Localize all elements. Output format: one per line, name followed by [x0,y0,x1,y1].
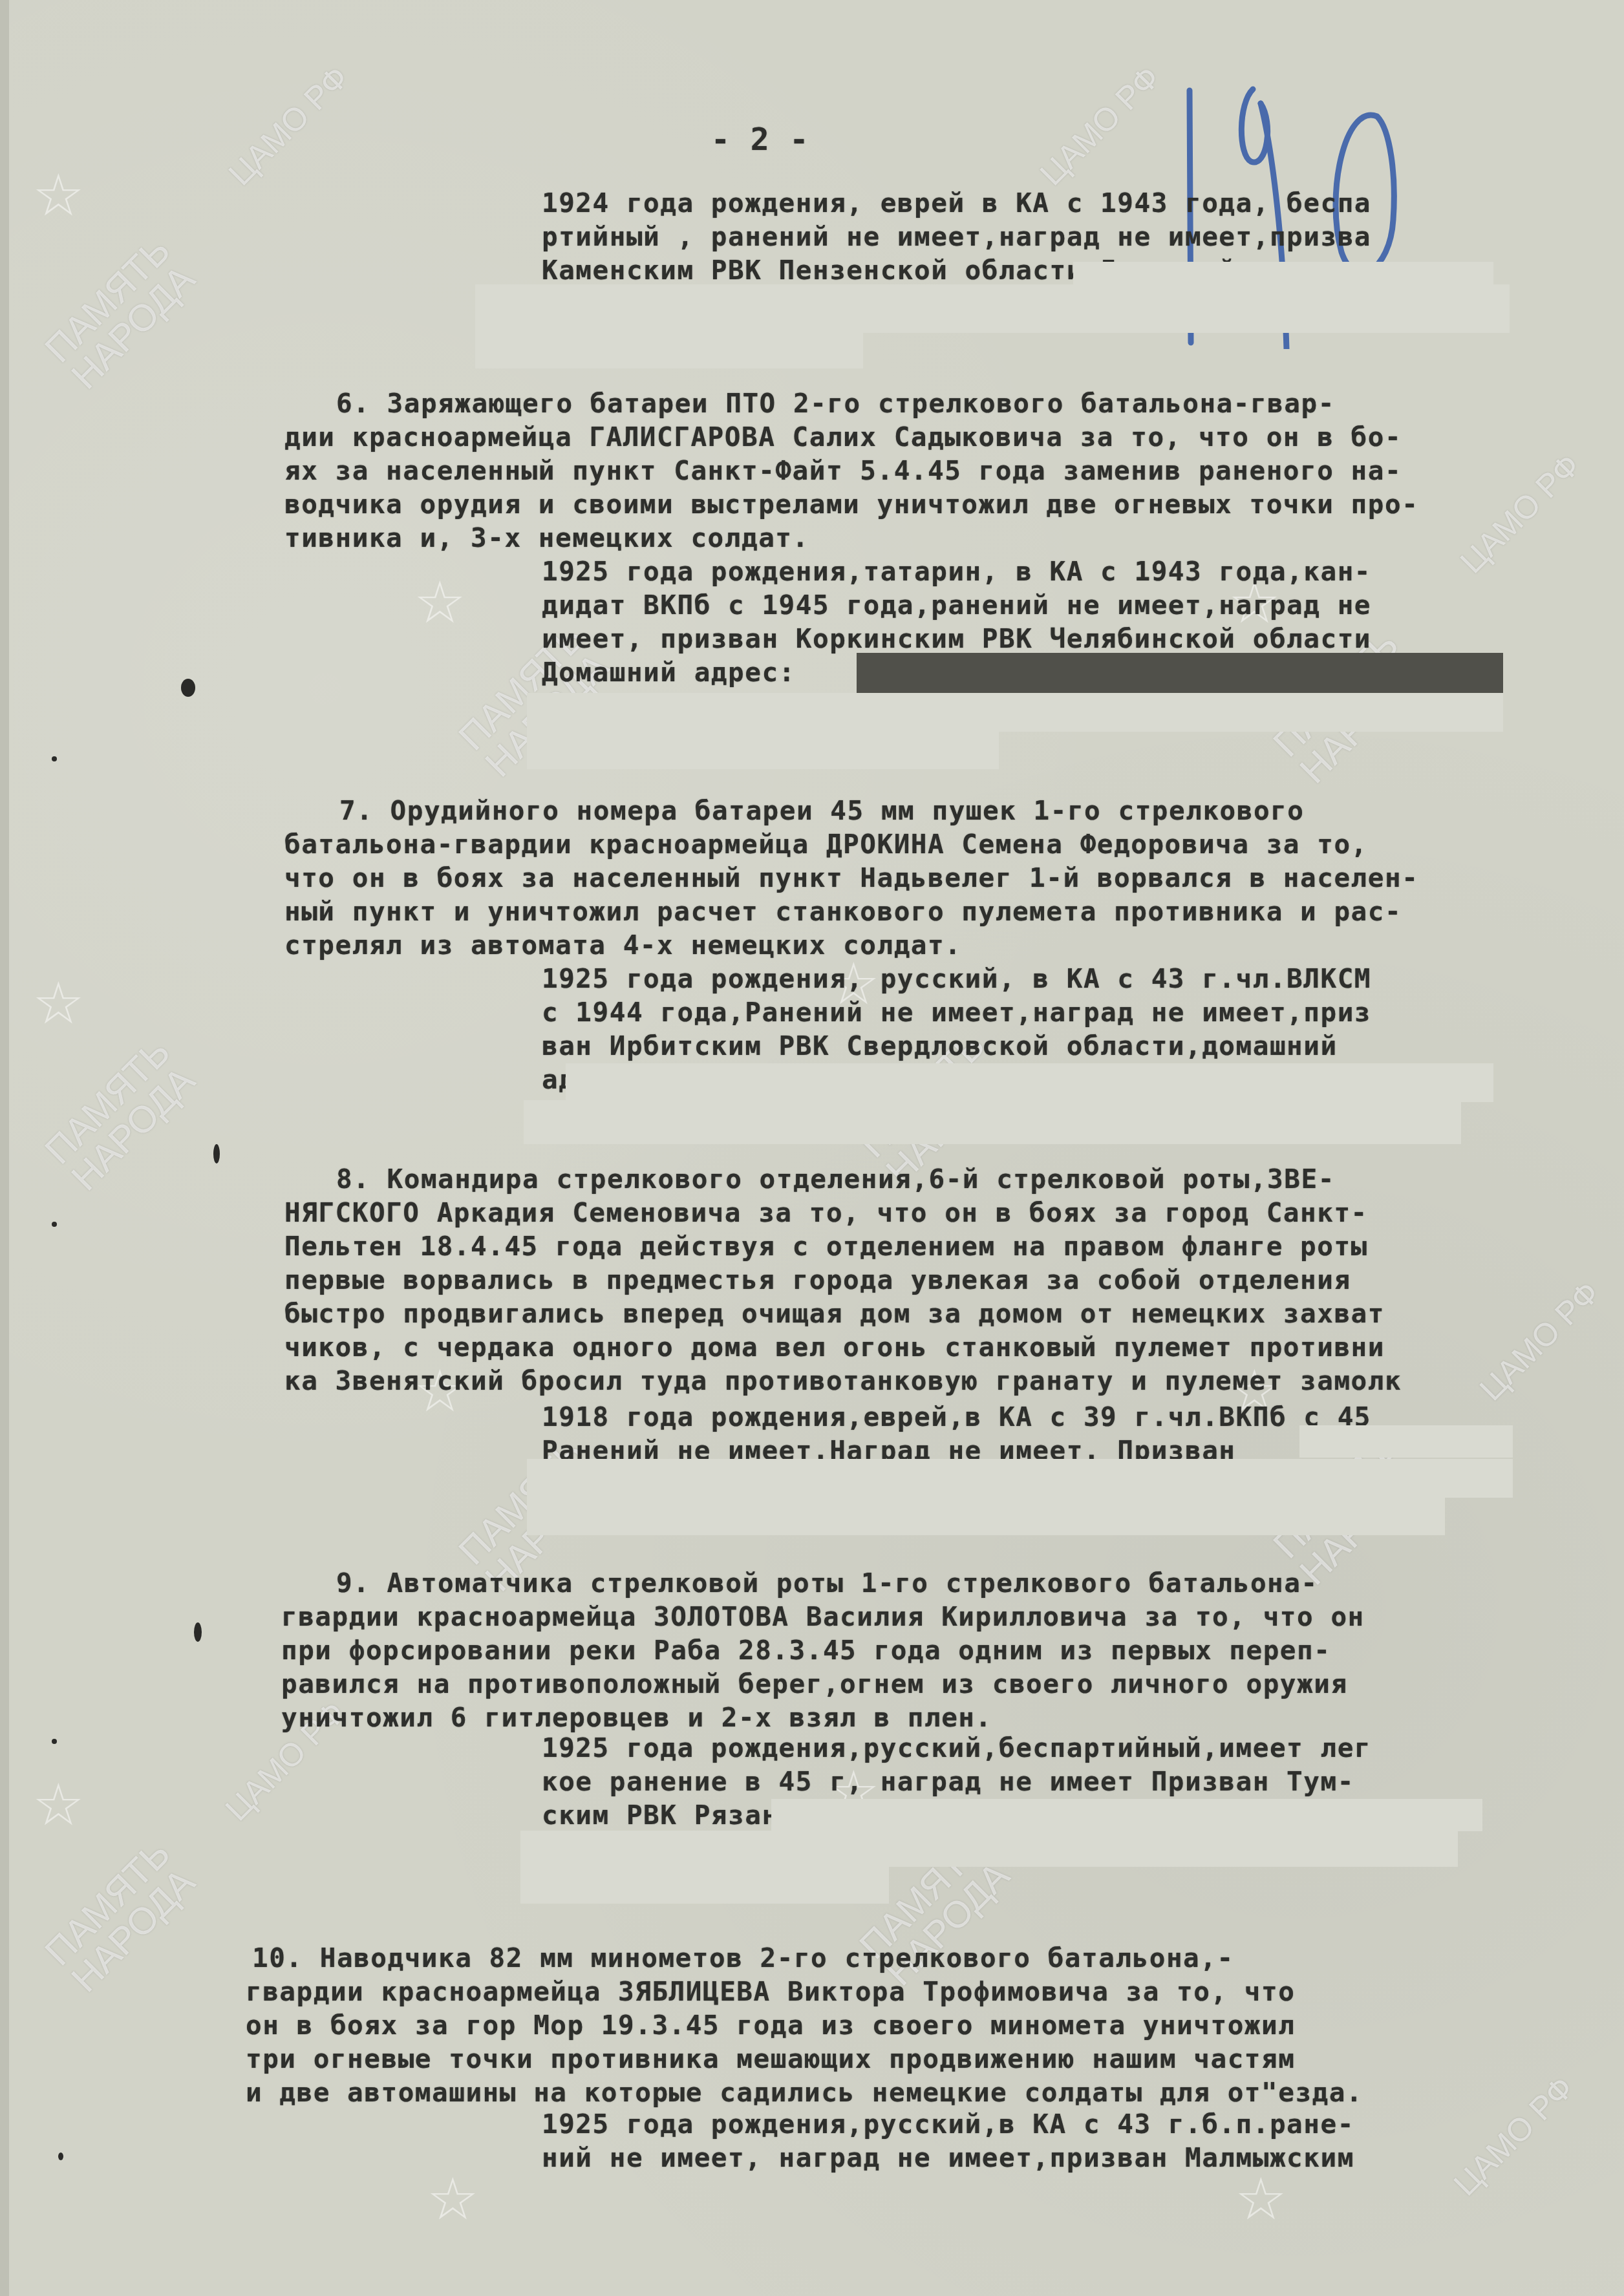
redacted-address [1299,1425,1513,1458]
paper-blemish [52,1222,57,1227]
text-line: стрелял из автомата 4-х немецких солдат. [284,930,961,961]
watermark-archive: ЦАМО РФ [1474,1275,1605,1406]
text-line: водчика орудия и своими выстрелами уничт… [284,489,1418,520]
page-edge [0,0,9,2296]
entry-heading-line: 8. Командира стрелкового отделения,6-й с… [336,1164,1335,1195]
text-line: ях за населенный пункт Санкт-Файт 5.4.45… [284,455,1402,486]
text-line: 1925 года рождения, русский, в КА с 43 г… [542,963,1371,994]
watermark-project: ПАМЯТЬ НАРОДА [39,1032,204,1197]
text-line: гвардии красноармейца ЗОЛОТОВА Василия К… [281,1601,1365,1632]
entry-heading-line: 7. Орудийного номера батареи 45 мм пушек… [339,795,1305,826]
star-icon: ☆ [32,1771,85,1839]
text-line: 1925 года рождения,русский,беспартийный,… [542,1732,1371,1763]
award-entry-8: 8. Командира стрелкового отделения,6-й с… [336,1164,404,1443]
star-icon: ☆ [427,2165,479,2233]
redacted-address [520,1831,1458,1867]
text-line: ный пункт и уничтожил расчет станкового … [284,896,1402,927]
award-entry-9: 9. Автоматчика стрелковой роты 1-го стре… [336,1568,404,1785]
redacted-address [527,1459,1513,1498]
star-icon: ☆ [414,569,466,637]
watermark-project: ПАМЯТЬ НАРОДА [39,1834,204,1999]
paper-blemish [52,1739,57,1744]
text-line: 1924 года рождения, еврей в КА с 1943 го… [542,187,1371,218]
paper-blemish [181,679,195,697]
text-line: он в боях за гор Мор 19.3.45 года из сво… [246,2010,1295,2041]
text-line: гвардии красноармейца ЗЯБЛИЦЕВА Виктора … [246,1976,1295,2007]
redacted-address [475,326,863,368]
paper-blemish [58,2152,63,2160]
award-entry-6: 6. Заряжающего батареи ПТО 2-го стрелков… [336,388,404,605]
watermark-archive: ЦАМО РФ [1455,448,1585,579]
text-line: равился на противоположный берег,огнем и… [281,1668,1348,1699]
award-entry-10: 10. Наводчика 82 мм минометов 2-го стрел… [252,1942,320,2160]
document-page: ЦАМО РФ ЦАМО РФ ЦАМО РФ ЦАМО РФ ЦАМО РФ … [0,0,1624,2296]
text-line: 1925 года рождения,русский,в КА с 43 г.б… [542,2109,1354,2140]
page-number: - 2 - [711,122,809,158]
redacted-address [527,730,999,769]
text-line: уничтожил 6 гитлеровцев и 2-х взял в пле… [281,1702,992,1733]
star-icon: ☆ [32,162,85,229]
text-line: и две автомашины на которые садились нем… [246,2077,1363,2108]
text-line: имеет, призван Коркинским РВК Челябинско… [542,623,1371,654]
text-line: 1925 года рождения,татарин, в КА с 1943 … [542,556,1371,587]
text-line: ртийный , ранений не имеет,наград не име… [542,221,1371,252]
text-line: НЯГСКОГО Аркадия Семеновича за то, что о… [284,1197,1368,1228]
redacted-address [520,1865,889,1904]
text-line: Пельтен 18.4.45 года действуя с отделени… [284,1231,1368,1262]
text-line: кое ранение в 45 г, наград не имеет Приз… [542,1766,1354,1797]
paper-blemish [213,1144,220,1164]
text-line: ка Звенятский бросил туда противотанкову… [284,1365,1402,1396]
star-icon: ☆ [32,970,85,1037]
text-line: первые ворвались в предместья города увл… [284,1264,1351,1295]
entry-heading-line: 9. Автоматчика стрелковой роты 1-го стре… [336,1568,1318,1599]
text-line: быстро продвигались вперед очищая дом за… [284,1298,1385,1329]
watermark-project: ПАМЯТЬ НАРОДА [39,231,204,396]
text-line: три огневые точки противника мешающих пр… [246,2043,1295,2074]
text-line: что он в боях за населенный пункт Надьве… [284,862,1418,893]
entry-heading-line: 10. Наводчика 82 мм минометов 2-го стрел… [252,1942,1234,1973]
redacted-address [771,1799,1482,1831]
paper-blemish [52,756,57,761]
watermark-archive: ЦАМО РФ [223,60,354,191]
text-line: Домашний адрес: [542,657,796,688]
redacted-address [524,1100,1461,1144]
watermark-archive: ЦАМО РФ [1448,2070,1579,2201]
paper-blemish [194,1622,202,1642]
text-line: чиков, с чердака одного дома вел огонь с… [284,1332,1385,1363]
award-entry-7: 7. Орудийного номера батареи 45 мм пушек… [339,795,407,1012]
text-line: с 1944 года,Ранений не имеет,наград не и… [542,997,1371,1028]
redacted-address [527,693,1503,732]
text-line: при форсировании реки Раба 28.3.45 года … [281,1635,1330,1666]
watermark-archive: ЦАМО РФ [1034,60,1165,191]
redacted-address [475,284,1510,333]
text-line: ний не имеет, наград не имеет,призван Ма… [542,2142,1354,2173]
redacted-address [857,653,1503,693]
redacted-address [566,1063,1493,1102]
redacted-address [527,1496,1445,1535]
star-icon: ☆ [1235,2165,1287,2233]
text-line: тивника и, 3-х немецких солдат. [284,522,809,553]
text-line: дии красноармейца ГАЛИСГАРОВА Салих Сады… [284,421,1402,452]
entry-heading-line: 6. Заряжающего батареи ПТО 2-го стрелков… [336,388,1335,419]
text-line: дидат ВКПб с 1945 года,ранений не имеет,… [542,590,1371,621]
text-line: 1918 года рождения,еврей,в КА с 39 г.чл.… [542,1401,1371,1432]
award-entry-10-details: 1925 года рождения,русский,в КА с 43 г.б… [542,2109,610,2233]
text-line: ван Ирбитским РВК Свердловской области,д… [542,1030,1338,1061]
text-line: батальона-гвардии красноармейца ДРОКИНА … [284,829,1368,860]
